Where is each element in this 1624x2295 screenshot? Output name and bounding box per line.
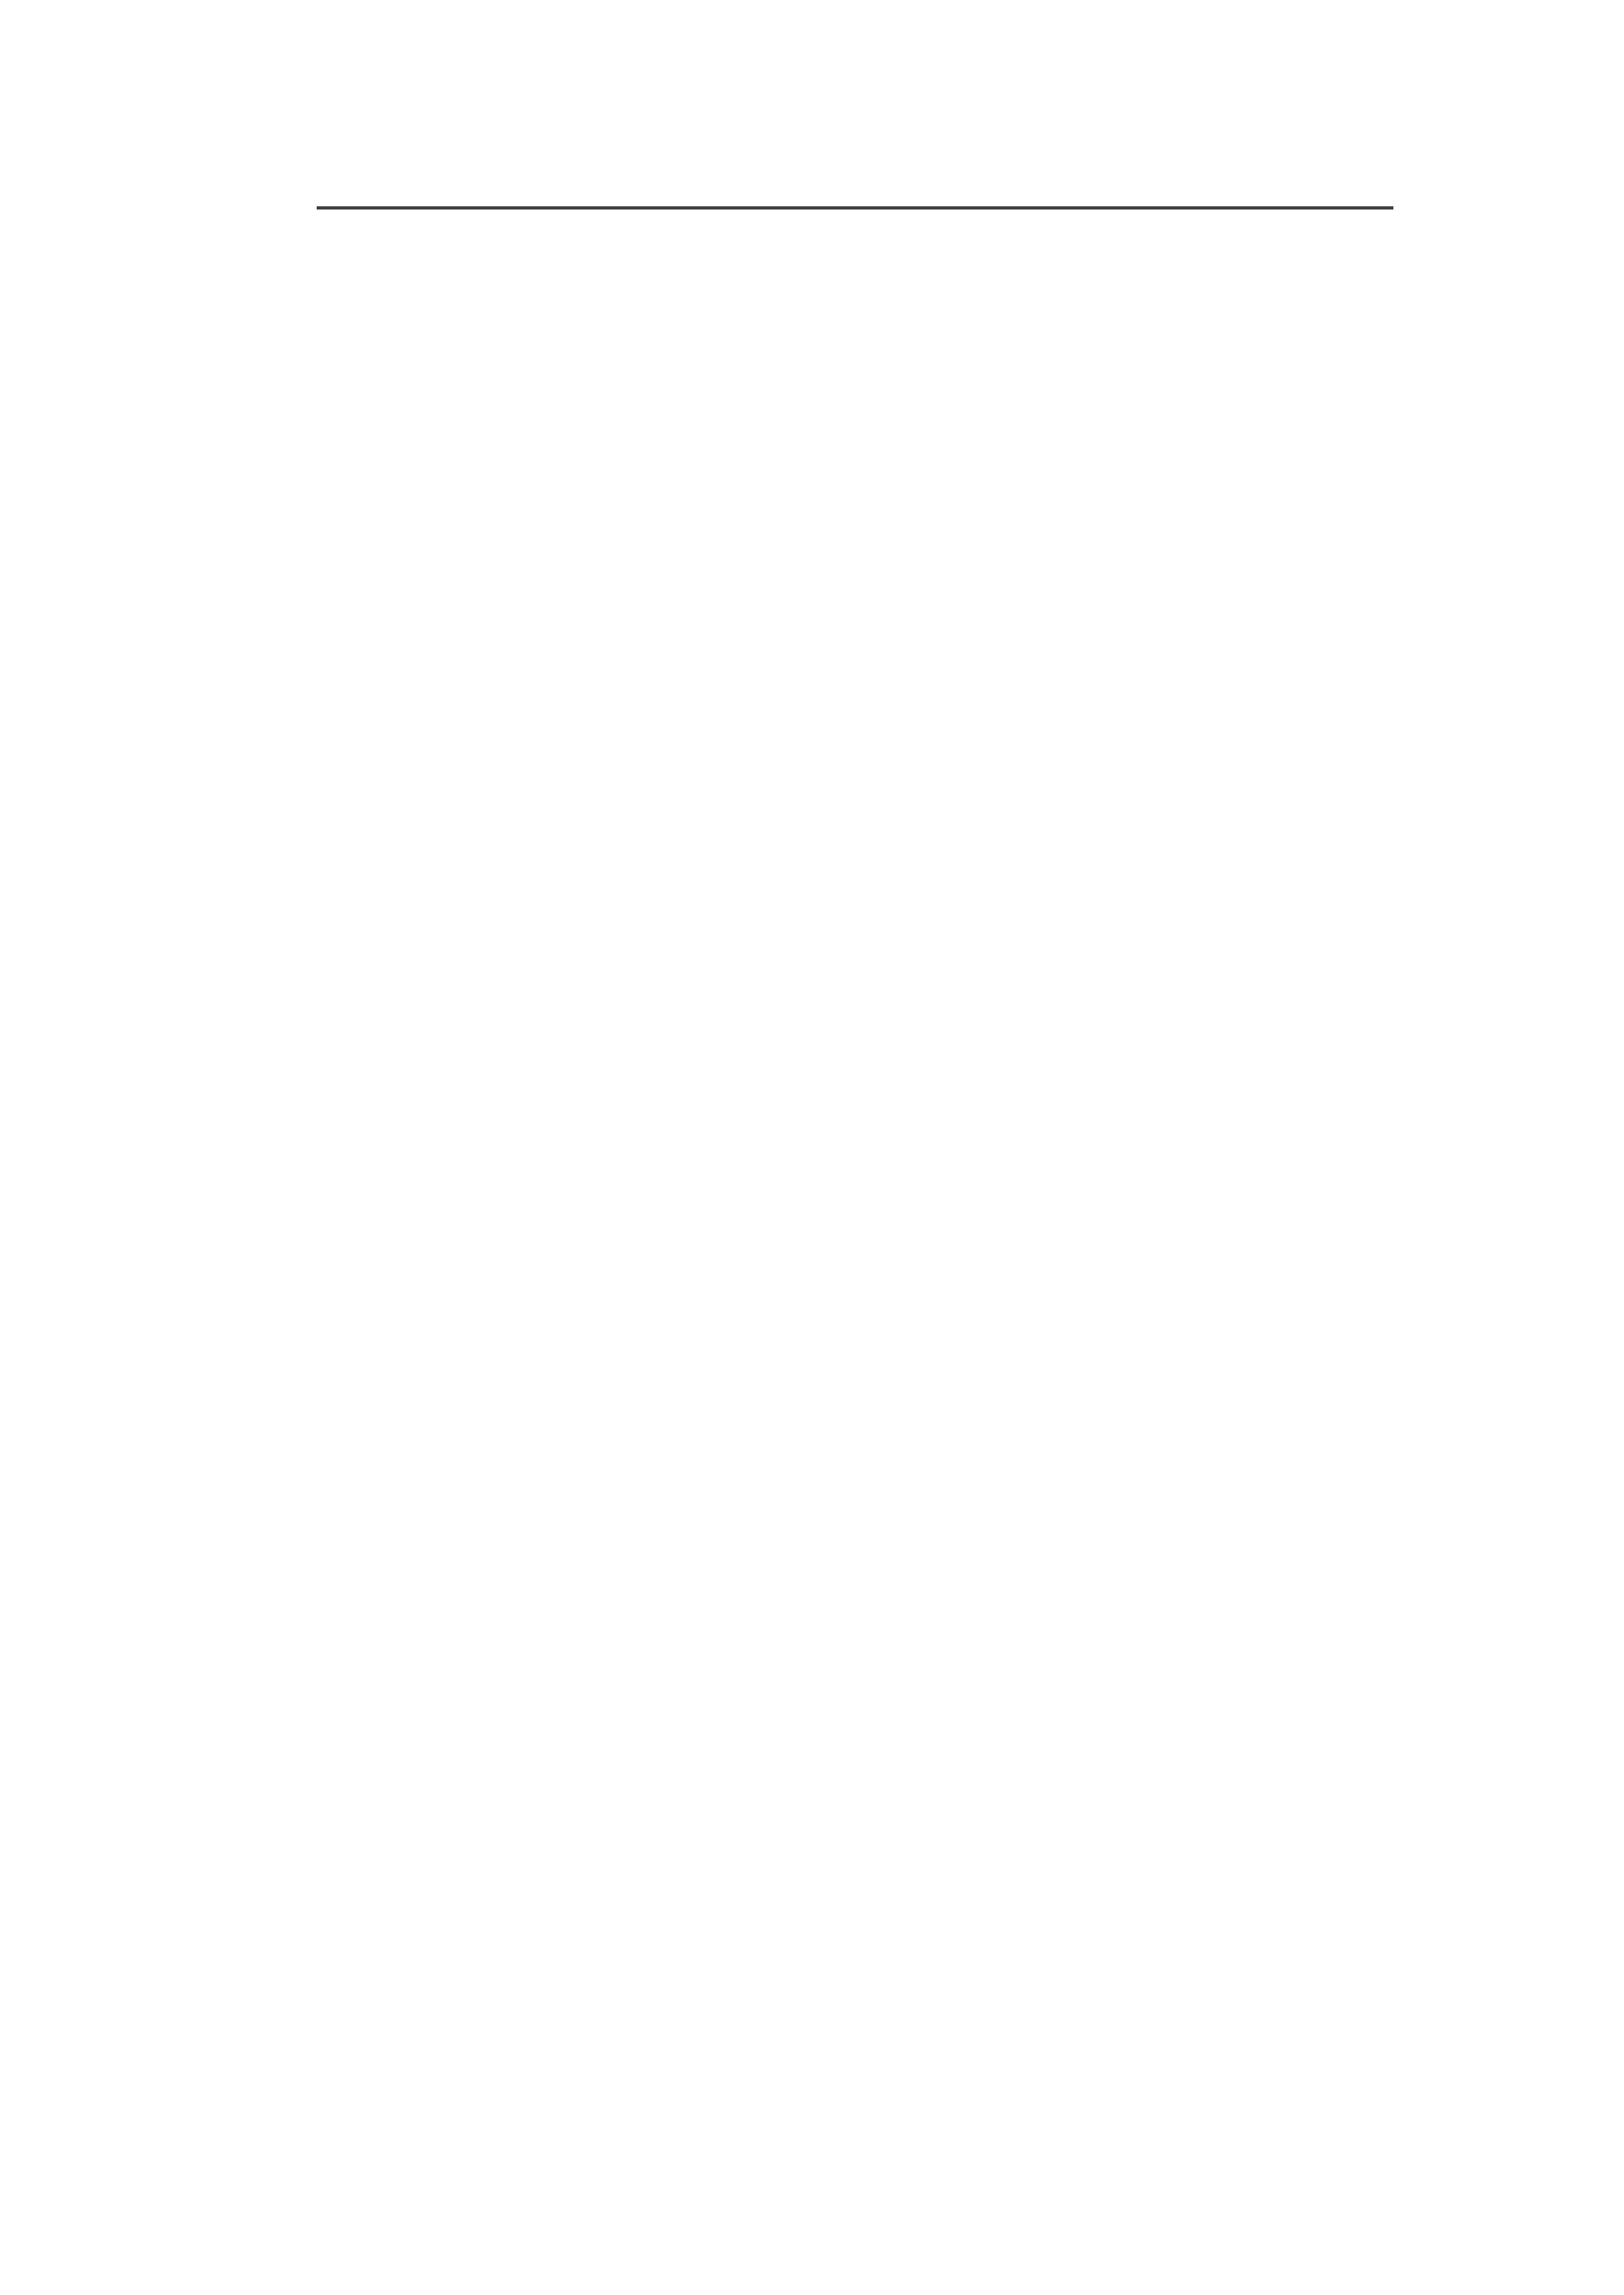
header-rule (317, 206, 1393, 210)
page-content (317, 0, 1393, 2295)
document-page (0, 0, 1624, 2295)
